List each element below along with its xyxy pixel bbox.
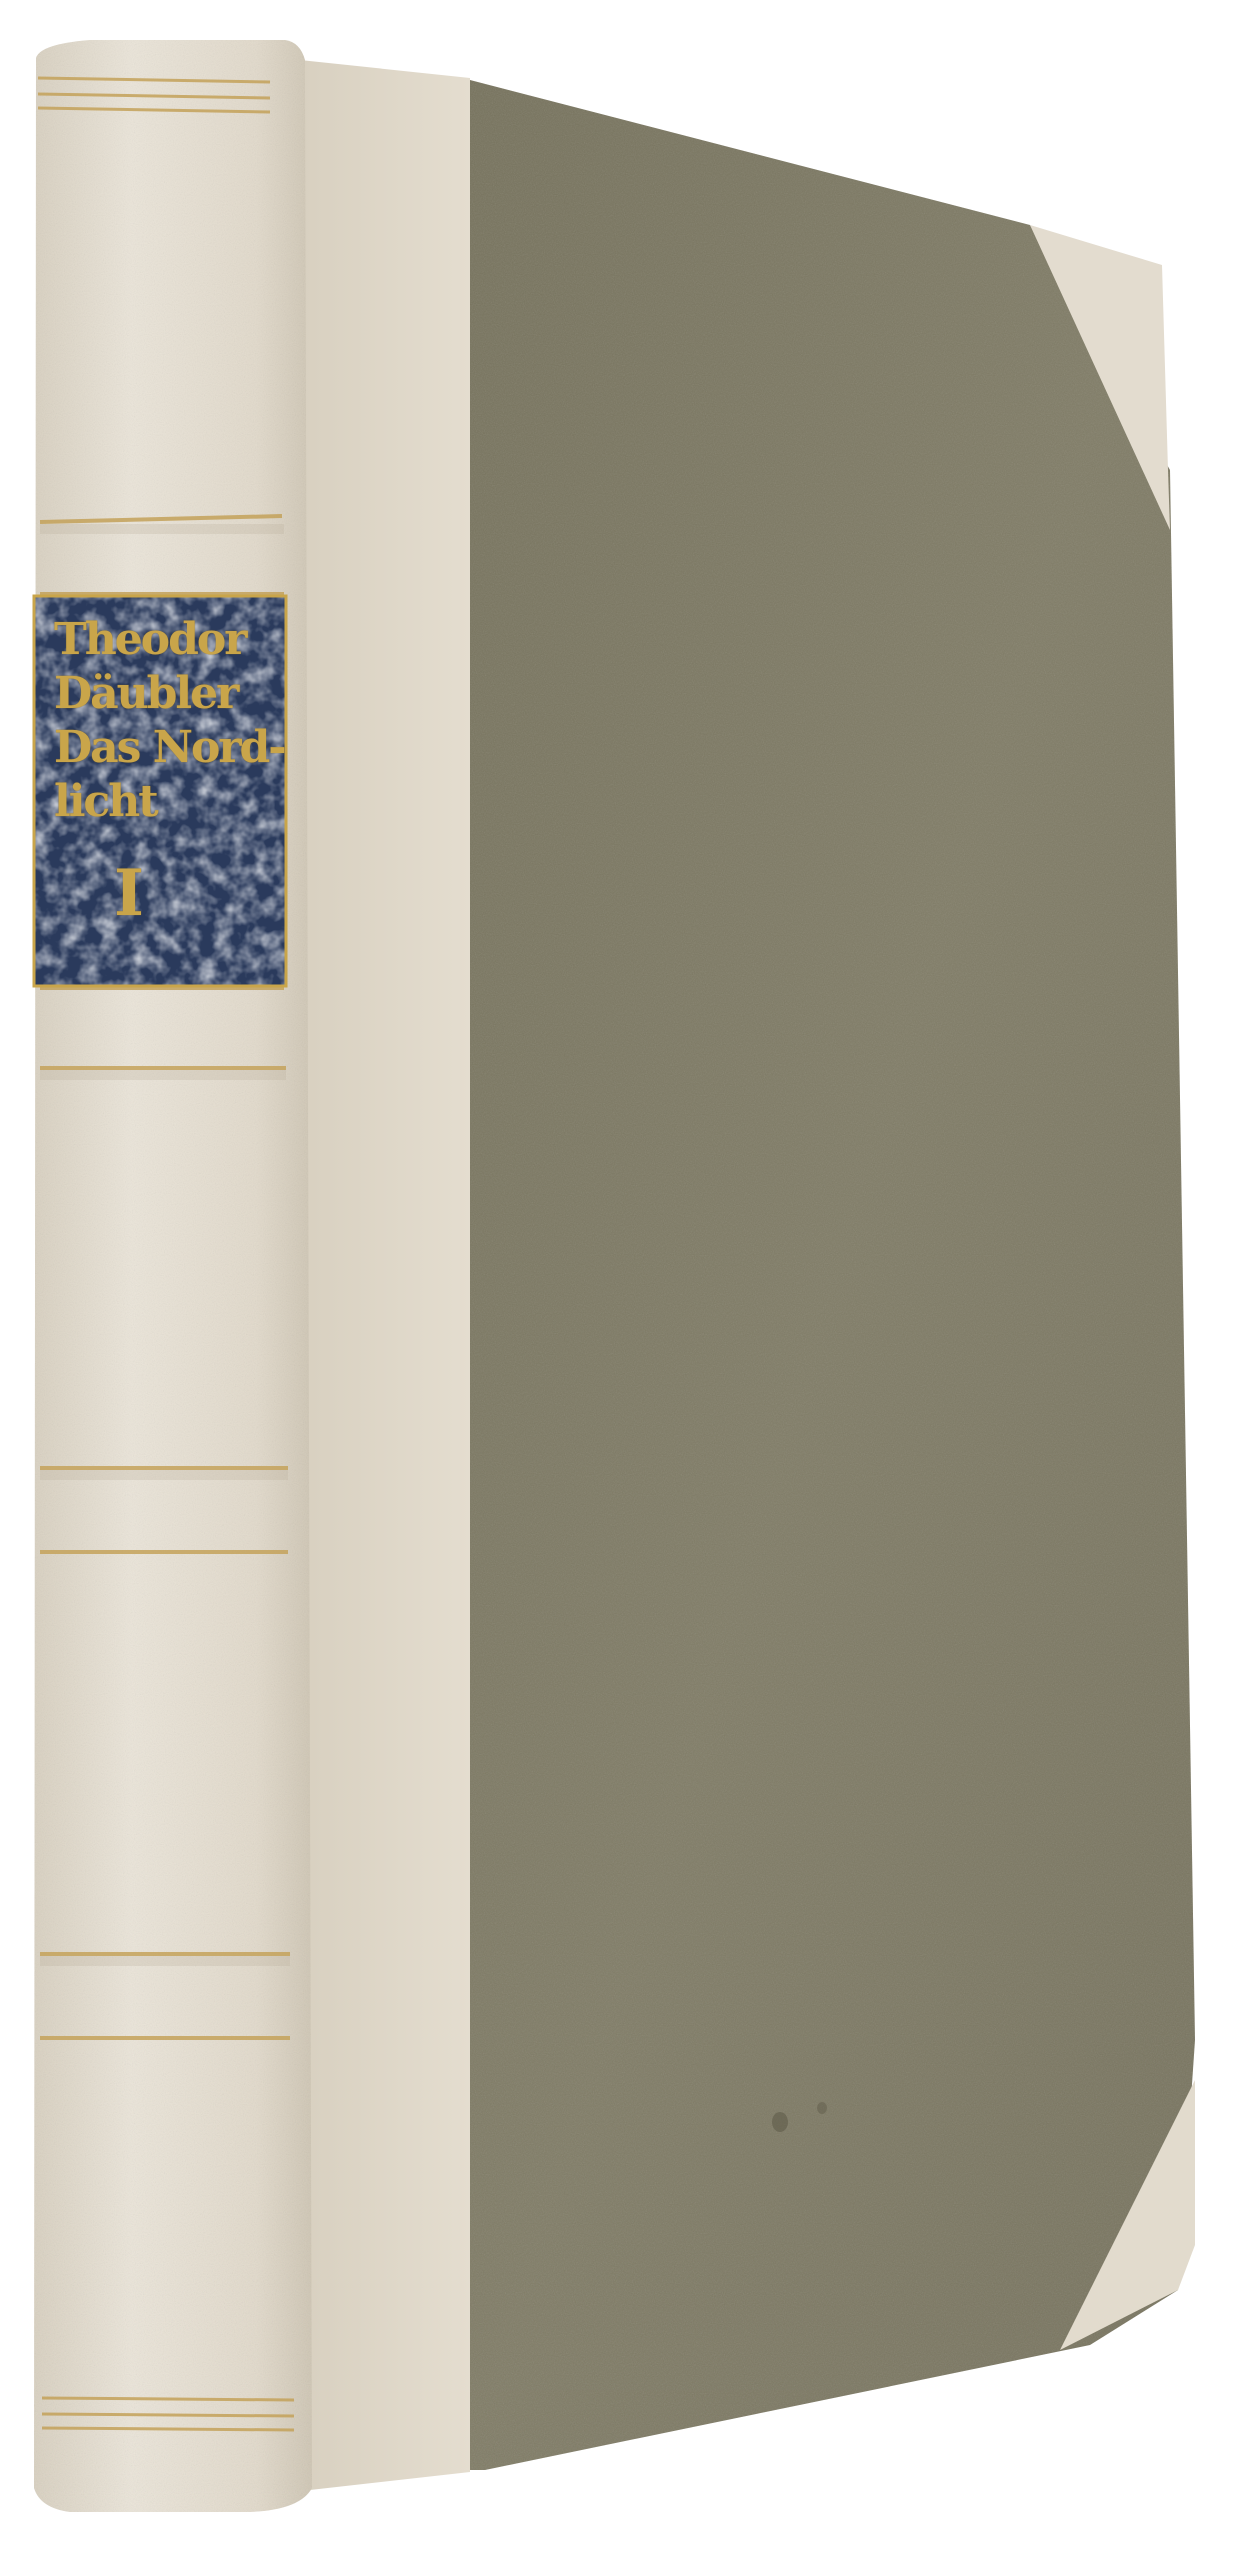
book-photo: Theodor Däubler Das Nord- licht I	[0, 0, 1233, 2560]
vellum-joint	[300, 60, 470, 2490]
spine-label-author-last: Däubler	[54, 672, 237, 716]
book-illustration	[0, 0, 1233, 2560]
spine-label-volume: I	[114, 862, 144, 926]
spine-label-author-first: Theodor	[54, 618, 245, 662]
spine-label: Theodor Däubler Das Nord- licht I	[34, 596, 284, 984]
spine-label-title-2: licht	[54, 780, 157, 824]
spine-label-title-1: Das Nord-	[54, 726, 285, 770]
